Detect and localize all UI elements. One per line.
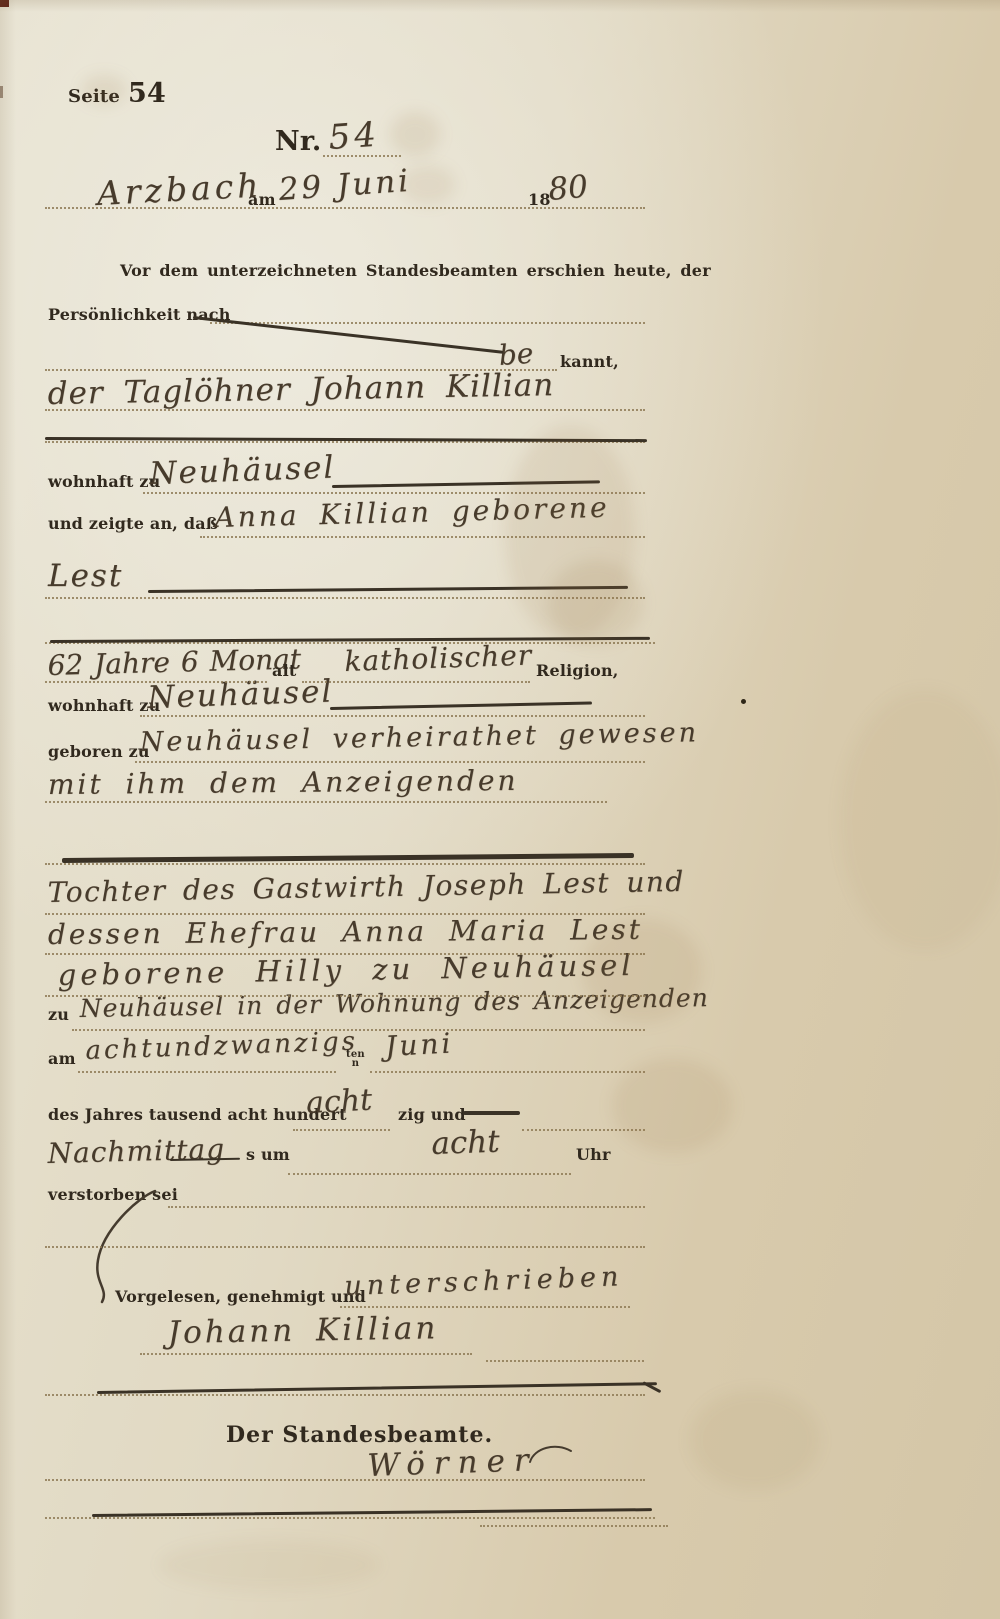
- dotted-form-line: [302, 681, 530, 683]
- declarant-name-written: der Taglöhner Johann Killian: [47, 367, 554, 412]
- paper-stain: [160, 1540, 380, 1590]
- jahres-label: des Jahres tausend acht hundert: [48, 1105, 347, 1124]
- death-month-written: Juni: [384, 1026, 454, 1063]
- dotted-form-line: [45, 801, 607, 803]
- dotted-form-line: [45, 913, 645, 915]
- page-number: 54: [128, 78, 166, 109]
- paper-stain: [690, 1390, 820, 1490]
- dotted-form-line: [293, 1129, 390, 1131]
- year-written: 80: [547, 169, 589, 208]
- intro-line1: Vor dem unterzeichneten Standesbeamten e…: [120, 261, 711, 280]
- religion-label: Religion,: [536, 661, 619, 680]
- dotted-form-line: [45, 1394, 645, 1396]
- vorgelesen-label: Vorgelesen, genehmigt und: [115, 1287, 366, 1306]
- dotted-form-line: [45, 1479, 645, 1481]
- nr-label: Nr.: [275, 126, 321, 157]
- paper-stain: [82, 75, 127, 105]
- dotted-form-line: [45, 953, 645, 955]
- paper-stain: [840, 690, 1000, 950]
- kannt-label: kannt,: [560, 352, 619, 371]
- zu-label: zu: [48, 1005, 69, 1024]
- paper-stain: [390, 112, 440, 157]
- hour-written: acht: [431, 1124, 500, 1162]
- paper-stain: [582, 918, 702, 1023]
- n-label: n: [352, 1058, 359, 1069]
- dotted-form-line: [45, 1246, 645, 1248]
- ordinal-suffix: ten n: [346, 1050, 365, 1068]
- decade-written: acht: [305, 1083, 373, 1121]
- dotted-form-line: [72, 1029, 645, 1031]
- persoenlichkeit-label: Persönlichkeit nach: [48, 305, 231, 324]
- place-written: Arzbach: [96, 165, 263, 213]
- unterschrieben-written: unterschrieben: [344, 1261, 624, 1302]
- record-number-written: 54: [327, 115, 381, 158]
- dotted-form-line: [135, 761, 645, 763]
- religion-written: katholischer: [344, 638, 533, 678]
- dotted-form-line: [45, 681, 267, 683]
- marriage-written: mit ihm dem Anzeigenden: [48, 764, 519, 801]
- death-day-written: achtundzwanzigs: [85, 1027, 358, 1066]
- dotted-form-line: [210, 322, 645, 324]
- dotted-form-line: [45, 863, 645, 865]
- pen-stroke: [330, 702, 592, 710]
- death-record-page: Seite 54 Nr. 54 Arzbach am 29 Juni 18 80…: [0, 0, 1000, 1619]
- dotted-form-line: [340, 1306, 630, 1308]
- registrar-signature: Wörner: [367, 1442, 539, 1484]
- dotted-form-line: [140, 715, 645, 717]
- wohnhaft-label-1: wohnhaft zu: [48, 472, 160, 491]
- date-written: 29 Juni: [277, 163, 412, 208]
- declarant-signature: Johann Killian: [167, 1310, 438, 1351]
- dotted-form-line: [78, 1071, 336, 1073]
- wohnhaft-label-2: wohnhaft zu: [48, 696, 160, 715]
- dotted-form-line: [45, 409, 645, 411]
- pen-stroke: [463, 1111, 520, 1115]
- dotted-form-line: [480, 1525, 668, 1527]
- birth-marriage-written: Neuhäusel verheirathet gewesen: [139, 717, 699, 758]
- deceased-surname-written: Lest: [48, 558, 123, 594]
- signature-curl-flourish: [528, 1442, 573, 1464]
- paper-stain: [612, 1058, 732, 1153]
- dotted-form-line: [45, 995, 645, 997]
- dotted-form-line: [288, 1173, 571, 1175]
- uhr-label: Uhr: [576, 1145, 611, 1164]
- pen-stroke: [92, 1508, 652, 1517]
- declarant-residence-written: Neuhäusel: [149, 450, 336, 492]
- ink-dot: [741, 699, 746, 704]
- parents-line2-written: dessen Ehefrau Anna Maria Lest: [48, 913, 643, 951]
- dotted-form-line: [370, 1071, 645, 1073]
- dotted-form-line: [323, 155, 401, 157]
- top-edge-shading: [0, 0, 1000, 12]
- pen-stroke: [97, 1382, 657, 1394]
- am-label-2: am: [48, 1049, 76, 1068]
- dotted-form-line: [168, 1206, 645, 1208]
- zeigte-label: und zeigte an, daß: [48, 514, 218, 533]
- dotted-form-line: [486, 1360, 644, 1362]
- dotted-form-line: [45, 207, 645, 209]
- pen-stroke: [62, 853, 634, 863]
- left-edge-shading: [0, 0, 16, 1619]
- parents-line1-written: Tochter des Gastwirth Joseph Lest und: [47, 865, 685, 909]
- dotted-form-line: [45, 1517, 655, 1519]
- zig-und-label: zig und: [398, 1105, 466, 1124]
- s-um-label: s um: [246, 1145, 290, 1164]
- dotted-form-line: [45, 369, 557, 371]
- paper-stain: [548, 560, 643, 645]
- paper-stain: [400, 165, 455, 205]
- dotted-form-line: [140, 1353, 472, 1355]
- deceased-residence-written: Neuhäusel: [147, 674, 334, 716]
- geboren-label: geboren zu: [48, 742, 150, 761]
- daytime-written: Nachmittag: [47, 1132, 225, 1170]
